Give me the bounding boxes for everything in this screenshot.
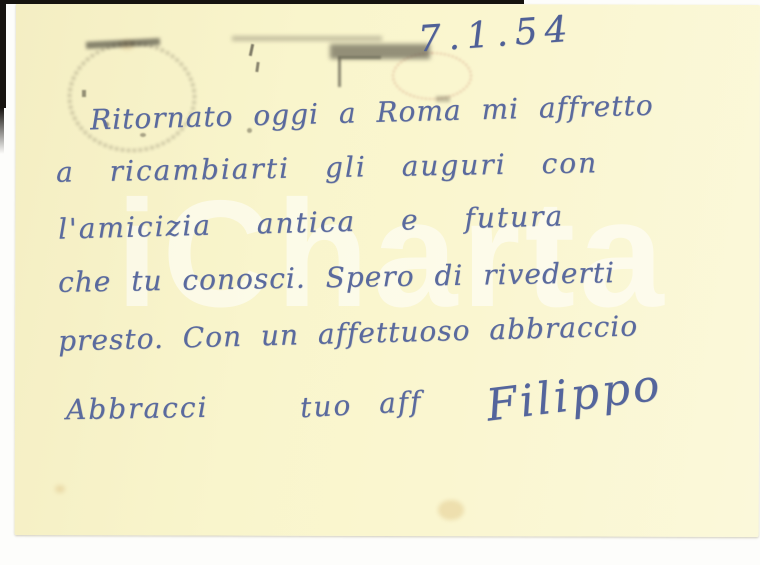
scanner-edge-left-fade	[0, 108, 4, 154]
scanner-edge-top	[0, 0, 524, 4]
handwritten-closing-word: Abbracci	[66, 391, 209, 426]
icharta-watermark: iCharta	[116, 178, 668, 330]
handwritten-closing-salutation: tuo aff	[299, 385, 423, 424]
paper-stain	[438, 500, 464, 520]
scanner-edge-left	[0, 0, 6, 108]
postcard-scan: iCharta 7.1.54 Ritornato oggi a Roma mi …	[0, 0, 760, 565]
paper-stain	[55, 485, 65, 493]
paper-stain	[120, 40, 134, 50]
